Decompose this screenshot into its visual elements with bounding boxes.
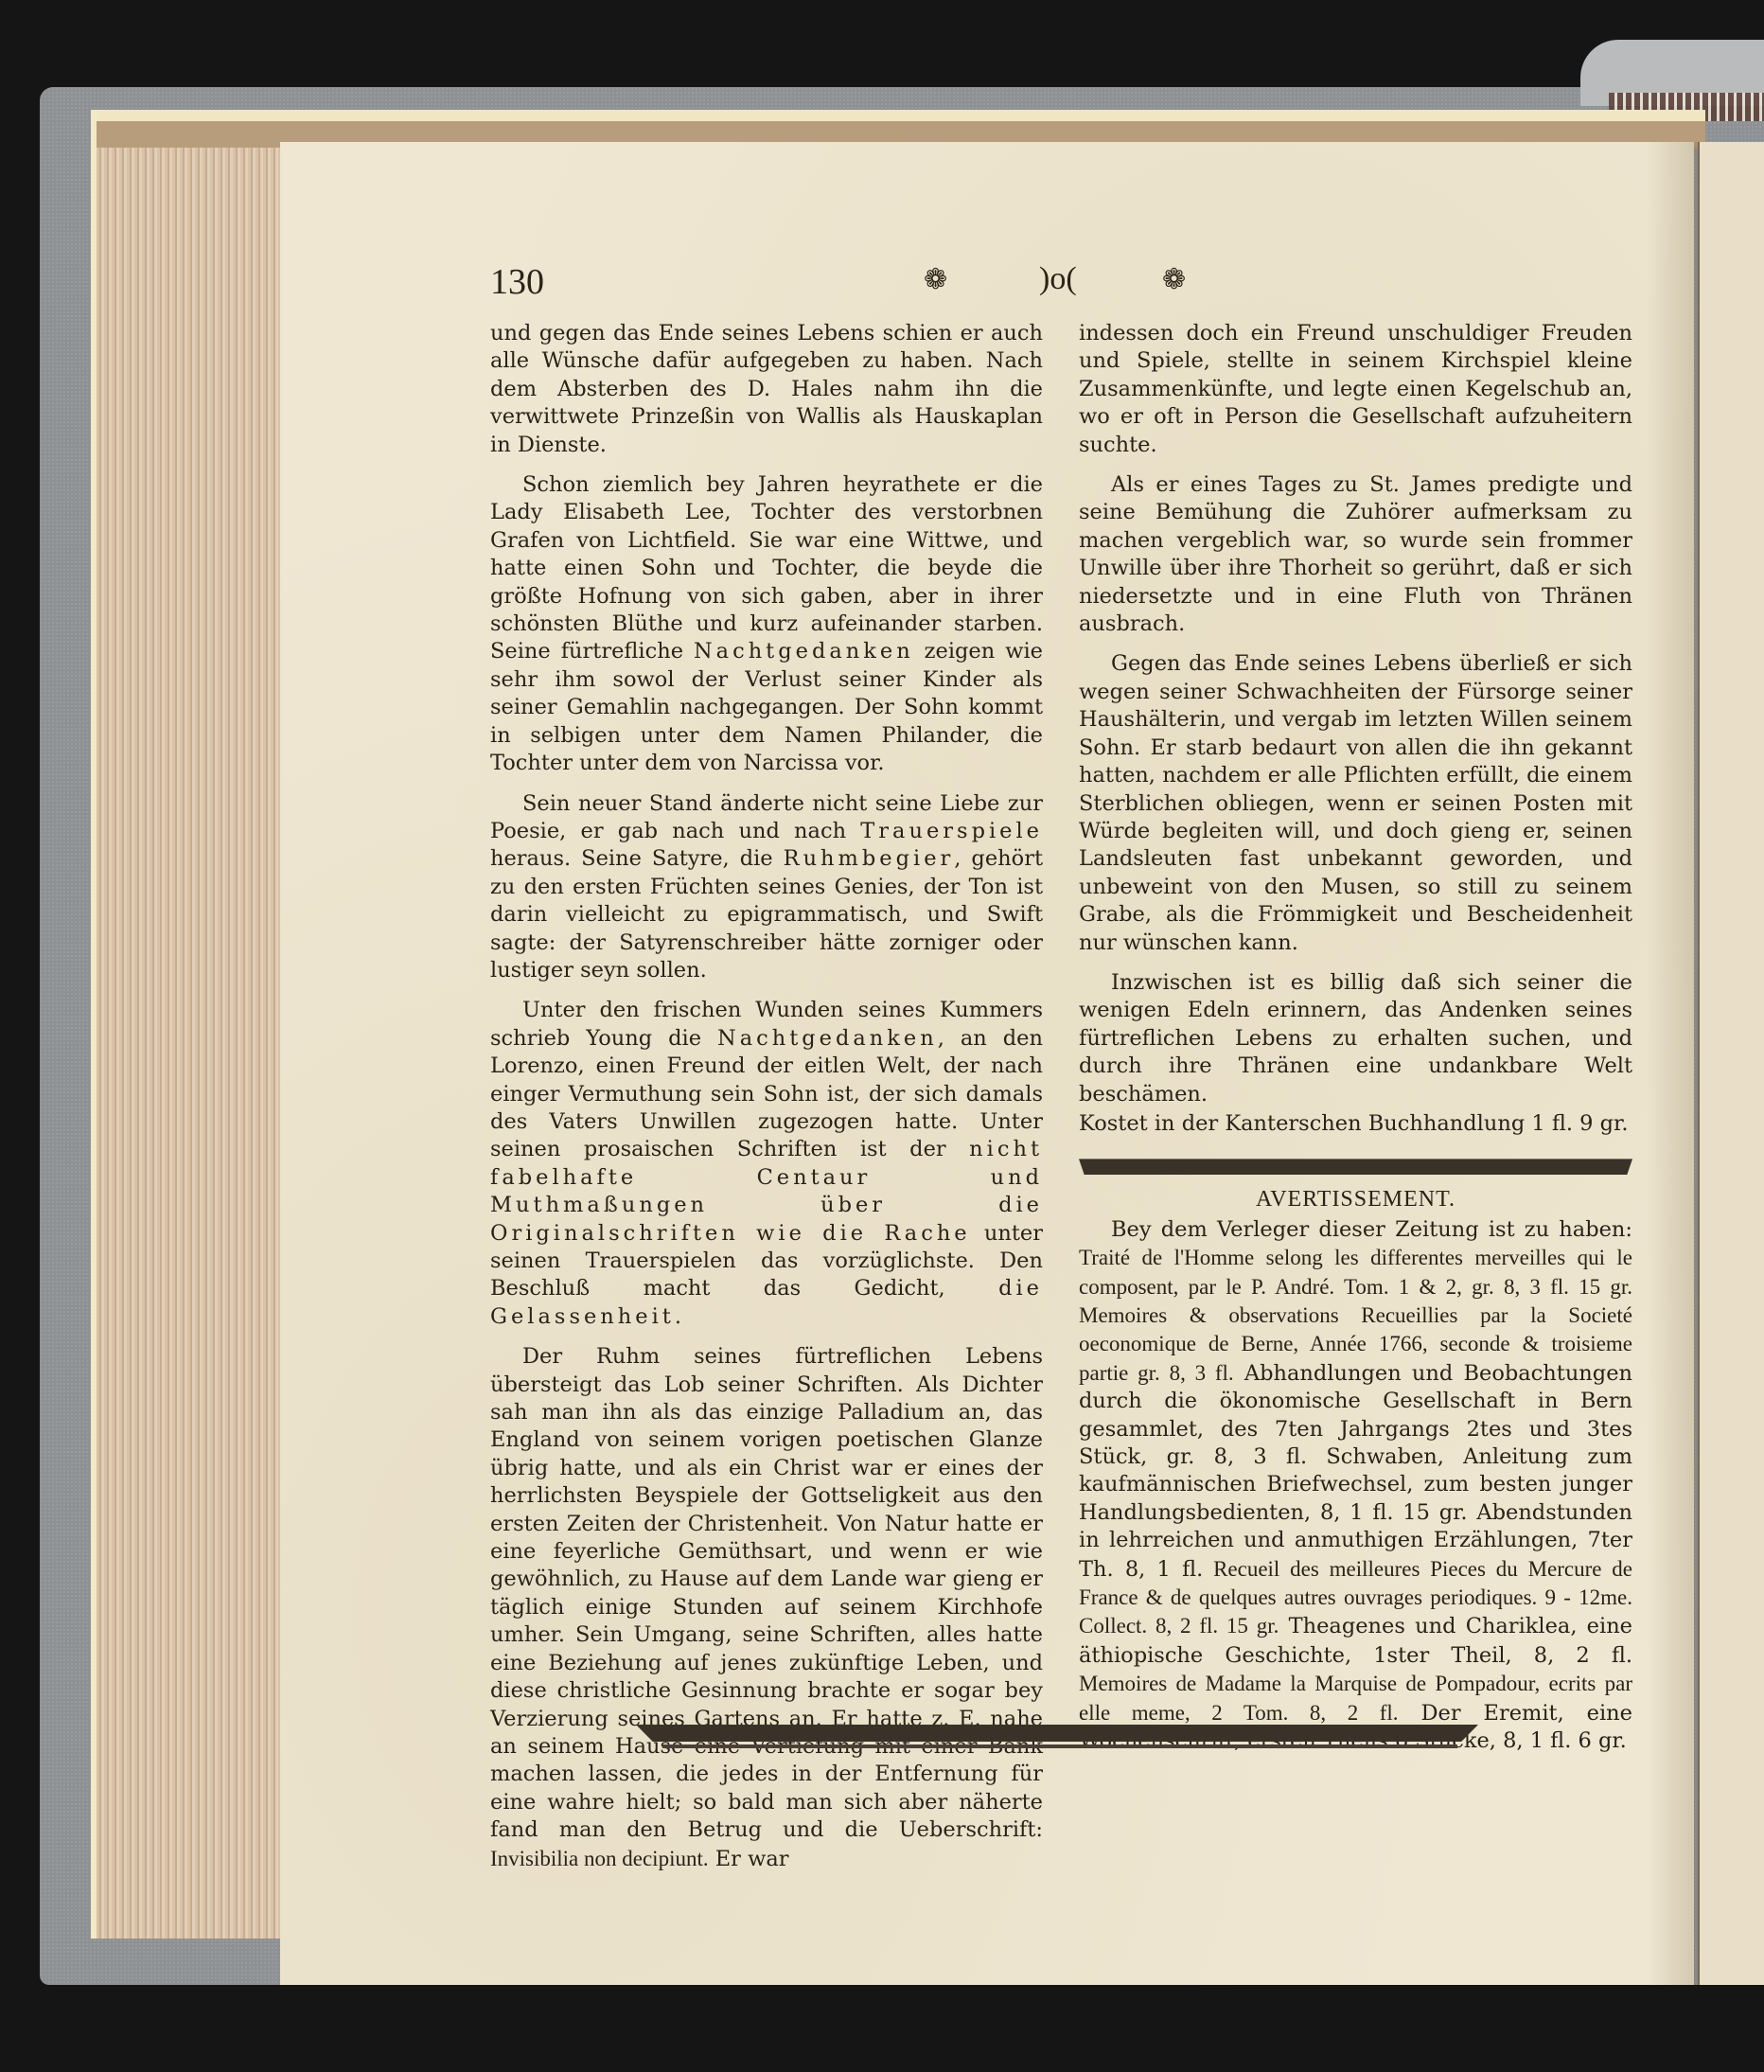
page-stack-edge <box>91 110 286 1939</box>
closing-rule-thin <box>662 1744 1457 1748</box>
paragraph: Als er eines Tages zu St. James predigte… <box>1079 471 1632 638</box>
center-ornament: )o( <box>1039 261 1077 297</box>
shell-ornament-icon: ❁ <box>1162 263 1186 296</box>
advertisement-item: Traité de l'Homme selong les differentes… <box>1079 1246 1632 1298</box>
paragraph: indessen doch ein Freund unschuldiger Fr… <box>1079 320 1632 459</box>
paragraph-text: heraus. Seine Satyre, die <box>490 846 784 871</box>
facing-page <box>1698 142 1764 1985</box>
page-header: 130 ❁ )o( ❁ <box>490 261 1209 309</box>
paragraph: Gegen das Ende seines Lebens überließ er… <box>1079 650 1632 956</box>
left-column: und gegen das Ende seines Lebens schien … <box>490 320 1043 1886</box>
paragraph-text: Inzwischen ist es billig daß sich seiner… <box>1079 970 1632 1107</box>
paragraph-text: und gegen das Ende seines Lebens schien … <box>490 321 1043 457</box>
paragraph-text: Gegen das Ende seines Lebens überließ er… <box>1079 651 1632 954</box>
emphasized-title: Nachtgedanken <box>694 639 914 664</box>
emphasized-title: Trauerspiele <box>860 819 1043 843</box>
paragraph-text: . <box>675 1304 681 1329</box>
emphasized-title: Ruhmbegier <box>784 846 955 871</box>
gutter-shadow <box>1647 142 1698 1985</box>
paragraph-text: Schon ziemlich bey Jahren heyrathete er … <box>490 472 1043 664</box>
paragraph-text: Der Ruhm seines fürtreflichen Lebens übe… <box>490 1344 1043 1842</box>
advertisement-title: AVERTISSEMENT. <box>1079 1186 1632 1213</box>
right-column: indessen doch ein Freund unschuldiger Fr… <box>1079 320 1632 1768</box>
price-text: Kostet in der Kanterschen Buchhandlung 1… <box>1079 1111 1628 1136</box>
paragraph: und gegen das Ende seines Lebens schien … <box>490 320 1043 459</box>
paragraph-text: Als er eines Tages zu St. James predigte… <box>1079 472 1632 636</box>
paragraph-text: indessen doch ein Freund unschuldiger Fr… <box>1079 321 1632 457</box>
paragraph: Unter den frischen Wunden seines Kummers… <box>490 997 1043 1331</box>
advertisement-intro: Bey dem Verleger dieser Zeitung ist zu h… <box>1111 1217 1632 1242</box>
shell-ornament-icon: ❁ <box>924 263 947 296</box>
latin-inscription: Invisibilia non decipiunt. <box>490 1847 709 1870</box>
paragraph: Der Ruhm seines fürtreflichen Lebens übe… <box>490 1343 1043 1873</box>
advertisement-item: Abhandlungen und Beobachtungen durch die… <box>1079 1361 1632 1582</box>
closing-rule <box>636 1725 1478 1742</box>
emphasized-title: Nachtgedanken <box>717 1026 938 1051</box>
paragraph: Schon ziemlich bey Jahren heyrathete er … <box>490 471 1043 777</box>
page-number: 130 <box>490 261 544 303</box>
paragraph: Inzwischen ist es billig daß sich seiner… <box>1079 969 1632 1108</box>
advertisement-body: Bey dem Verleger dieser Zeitung ist zu h… <box>1079 1216 1632 1756</box>
section-divider <box>1079 1159 1632 1175</box>
paragraph: Sein neuer Stand änderte nicht seine Lie… <box>490 790 1043 985</box>
price-line: Kostet in der Kanterschen Buchhandlung 1… <box>1079 1110 1632 1138</box>
paragraph-text: Er war <box>709 1847 789 1871</box>
